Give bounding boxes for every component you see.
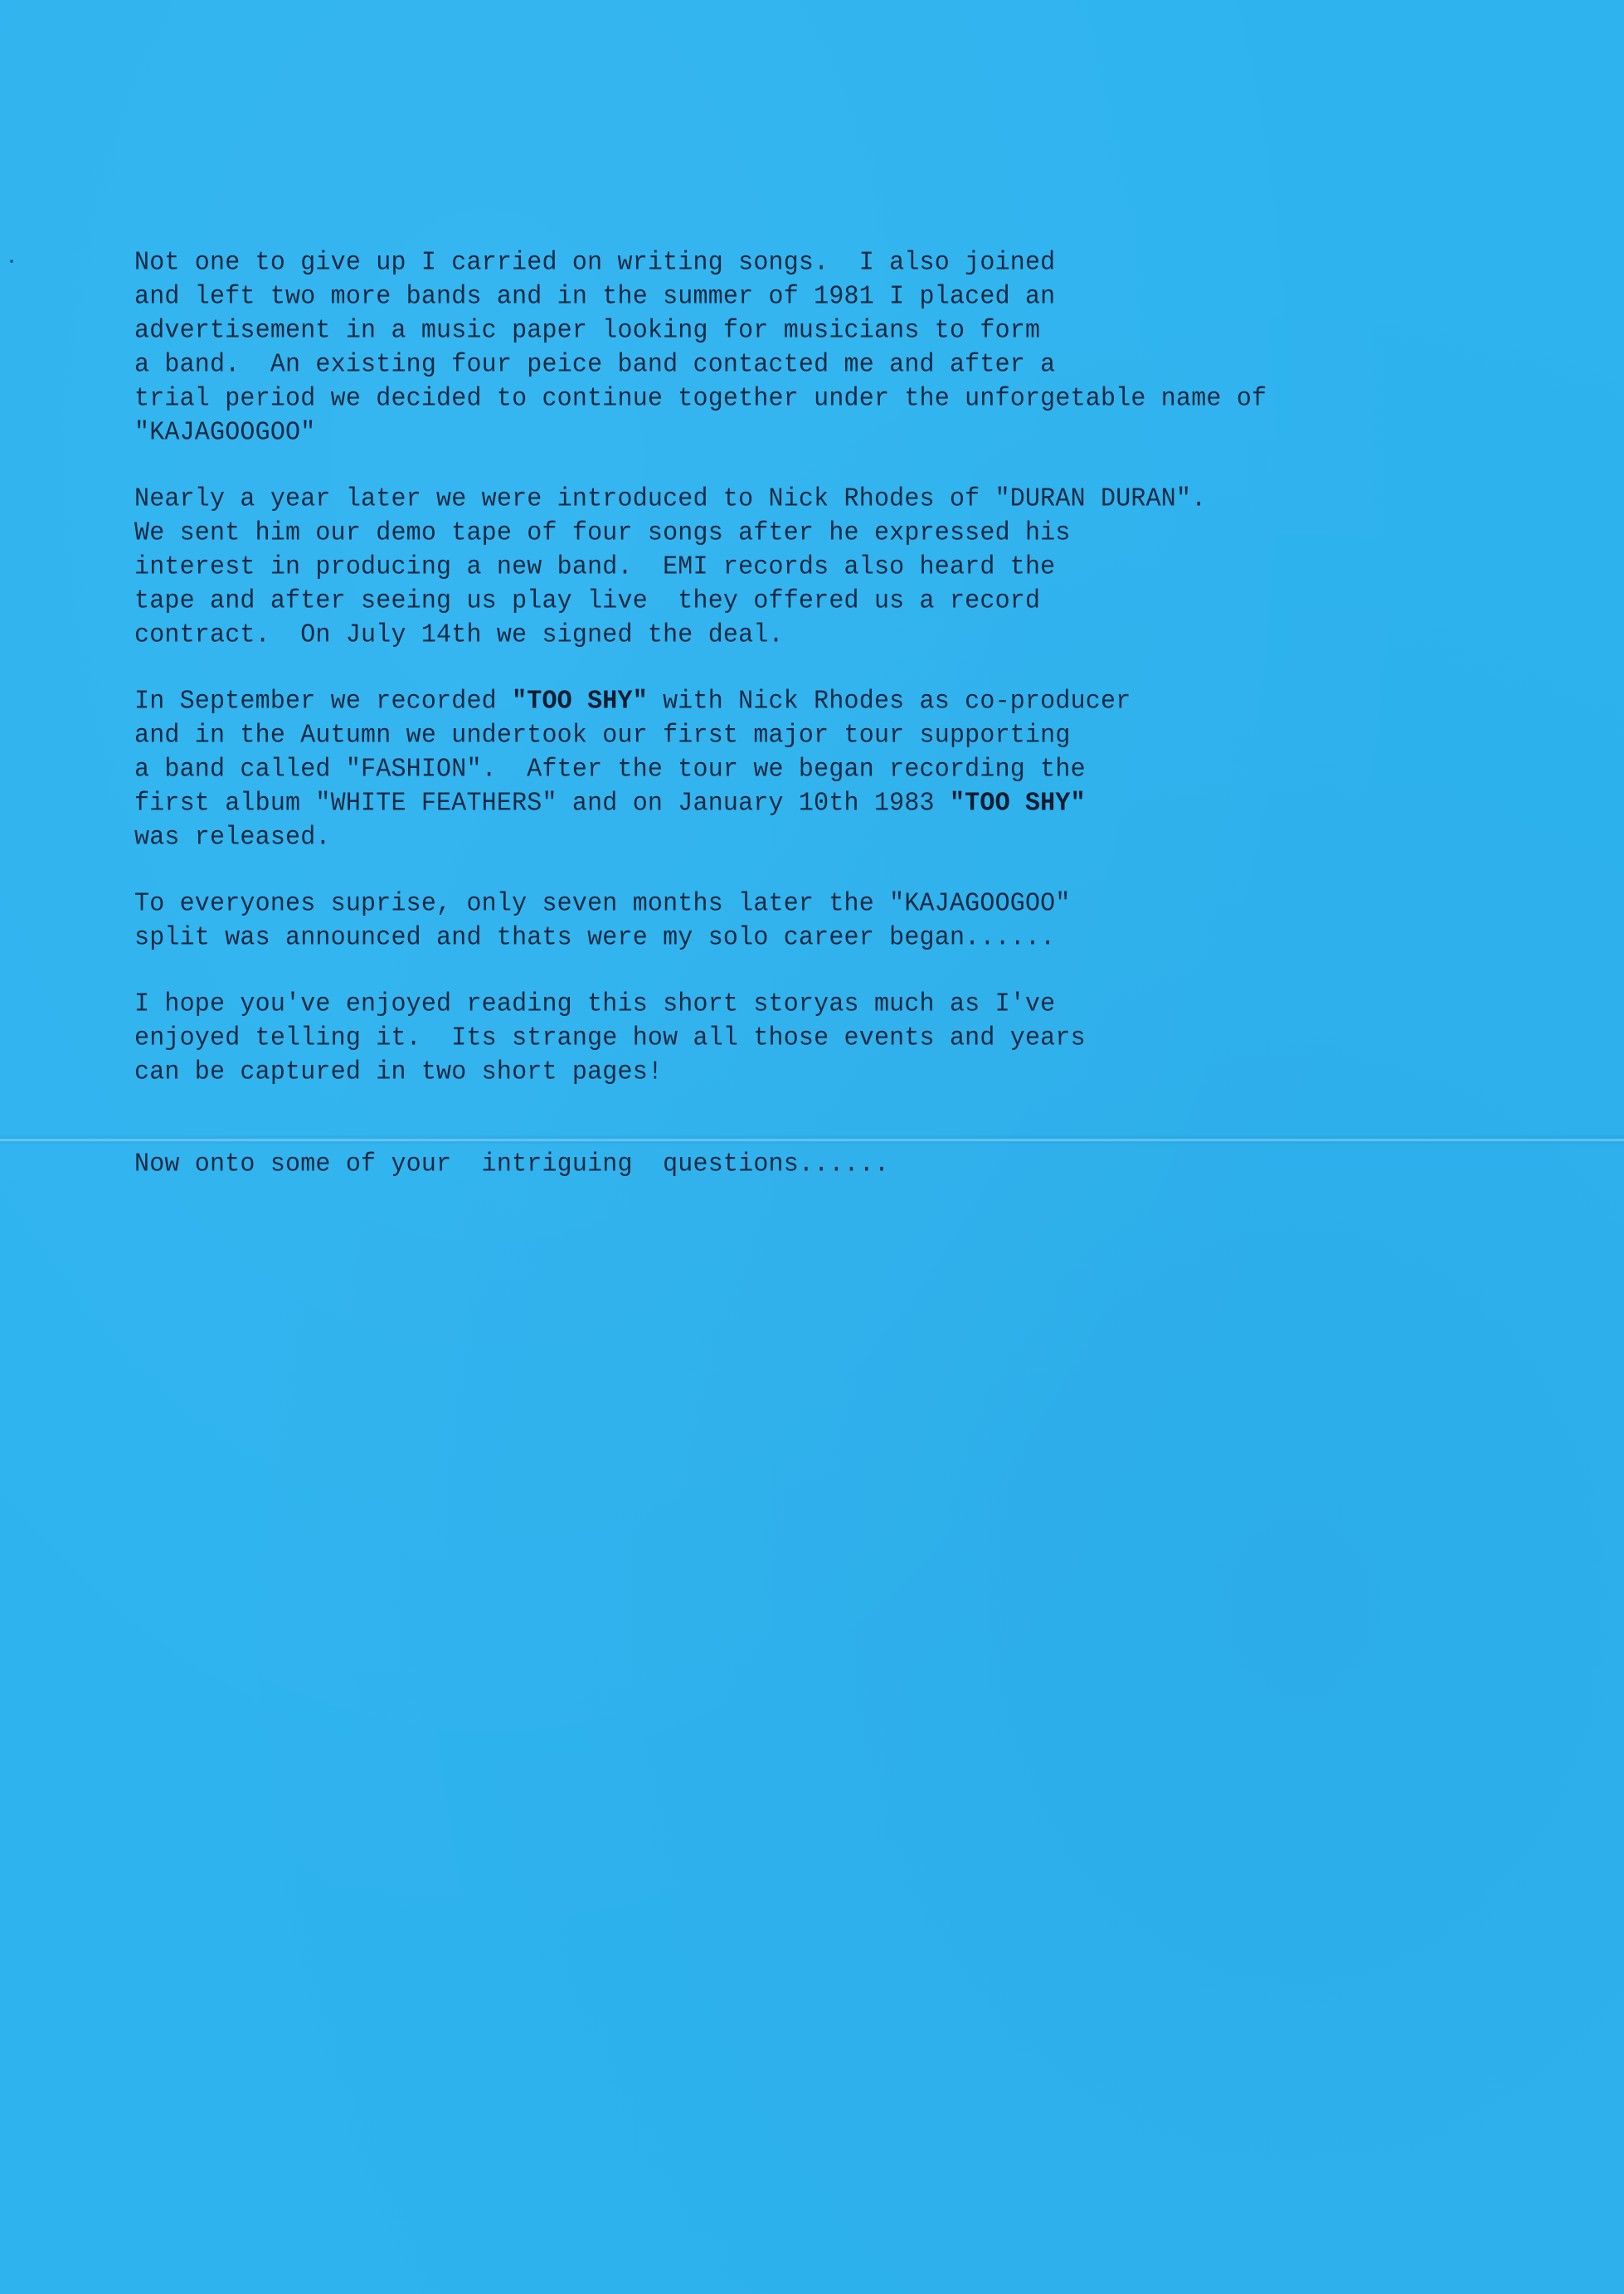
text-segment: I hope you've enjoyed reading this short… <box>134 989 1055 1019</box>
text-segment: with Nick Rhodes as co-producer <box>648 687 1131 717</box>
text-segment: a band called "FASHION". After the tour … <box>134 755 1086 785</box>
paragraph: Not one to give up I carried on writing … <box>134 245 1624 450</box>
text-line: "KAJAGOOGOO" <box>134 416 1624 451</box>
text-line: Not one to give up I carried on writing … <box>134 245 1624 281</box>
text-line: We sent him our demo tape of four songs … <box>134 516 1624 552</box>
text-line: and left two more bands and in the summe… <box>134 279 1624 315</box>
text-line: a band called "FASHION". After the tour … <box>134 752 1624 788</box>
text-segment: a band. An existing four peice band cont… <box>134 350 1055 380</box>
text-line: first album "WHITE FEATHERS" and on Janu… <box>134 786 1624 822</box>
text-segment: first album "WHITE FEATHERS" and on Janu… <box>134 789 950 819</box>
paragraph-gap <box>134 450 1624 482</box>
text-line: can be captured in two short pages! <box>134 1055 1624 1091</box>
text-segment: tape and after seeing us play live they … <box>134 586 1040 616</box>
text-segment: trial period we decided to continue toge… <box>134 384 1267 414</box>
closing-line: Now onto some of your intriguing questio… <box>134 1147 889 1183</box>
text-line: I hope you've enjoyed reading this short… <box>134 987 1624 1023</box>
text-segment: interest in producing a new band. EMI re… <box>134 552 1055 582</box>
text-line: In September we recorded "TOO SHY" with … <box>134 684 1624 720</box>
paragraph-gap <box>134 652 1624 684</box>
text-line: split was announced and thats were my so… <box>134 921 1624 956</box>
text-line: contract. On July 14th we signed the dea… <box>134 618 1624 654</box>
text-segment: contract. On July 14th we signed the dea… <box>134 620 784 650</box>
text-line: interest in producing a new band. EMI re… <box>134 550 1624 586</box>
paper-fold-crease <box>0 1135 1624 1145</box>
text-line: was released. <box>134 820 1624 856</box>
paragraph: I hope you've enjoyed reading this short… <box>134 987 1624 1089</box>
margin-mark <box>10 260 13 263</box>
text-segment: advertisement in a music paper looking f… <box>134 316 1040 346</box>
text-line: To everyones suprise, only seven months … <box>134 887 1624 922</box>
paragraph-gap <box>134 955 1624 987</box>
text-segment: and left two more bands and in the summe… <box>134 282 1055 312</box>
text-segment: In September we recorded <box>134 687 512 717</box>
paragraph-gap <box>134 854 1624 887</box>
text-line: advertisement in a music paper looking f… <box>134 313 1624 349</box>
paragraph: Nearly a year later we were introduced t… <box>134 482 1624 652</box>
text-line: and in the Autumn we undertook our first… <box>134 718 1624 754</box>
paragraph: To everyones suprise, only seven months … <box>134 887 1624 955</box>
emphasized-title: "TOO SHY" <box>950 789 1086 819</box>
text-segment: Nearly a year later we were introduced t… <box>134 484 1206 514</box>
text-segment: To everyones suprise, only seven months … <box>134 889 1071 919</box>
text-line: enjoyed telling it. Its strange how all … <box>134 1021 1624 1057</box>
emphasized-title: "TOO SHY" <box>512 687 648 717</box>
closing-line-block: Now onto some of your intriguing questio… <box>134 1147 889 1181</box>
text-segment: Not one to give up I carried on writing … <box>134 248 1055 278</box>
text-line: Nearly a year later we were introduced t… <box>134 482 1624 518</box>
text-line: tape and after seeing us play live they … <box>134 584 1624 620</box>
text-segment: and in the Autumn we undertook our first… <box>134 721 1071 751</box>
text-segment: split was announced and thats were my so… <box>134 923 1055 953</box>
letter-body: Not one to give up I carried on writing … <box>134 245 1624 1089</box>
letter-page: Not one to give up I carried on writing … <box>0 0 1624 2294</box>
text-segment: "KAJAGOOGOO" <box>134 418 315 448</box>
paragraph: In September we recorded "TOO SHY" with … <box>134 684 1624 854</box>
text-line: trial period we decided to continue toge… <box>134 382 1624 417</box>
text-line: a band. An existing four peice band cont… <box>134 348 1624 383</box>
text-segment: We sent him our demo tape of four songs … <box>134 518 1071 548</box>
text-segment: enjoyed telling it. Its strange how all … <box>134 1023 1086 1053</box>
text-segment: can be captured in two short pages! <box>134 1057 663 1087</box>
text-segment: was released. <box>134 823 331 853</box>
